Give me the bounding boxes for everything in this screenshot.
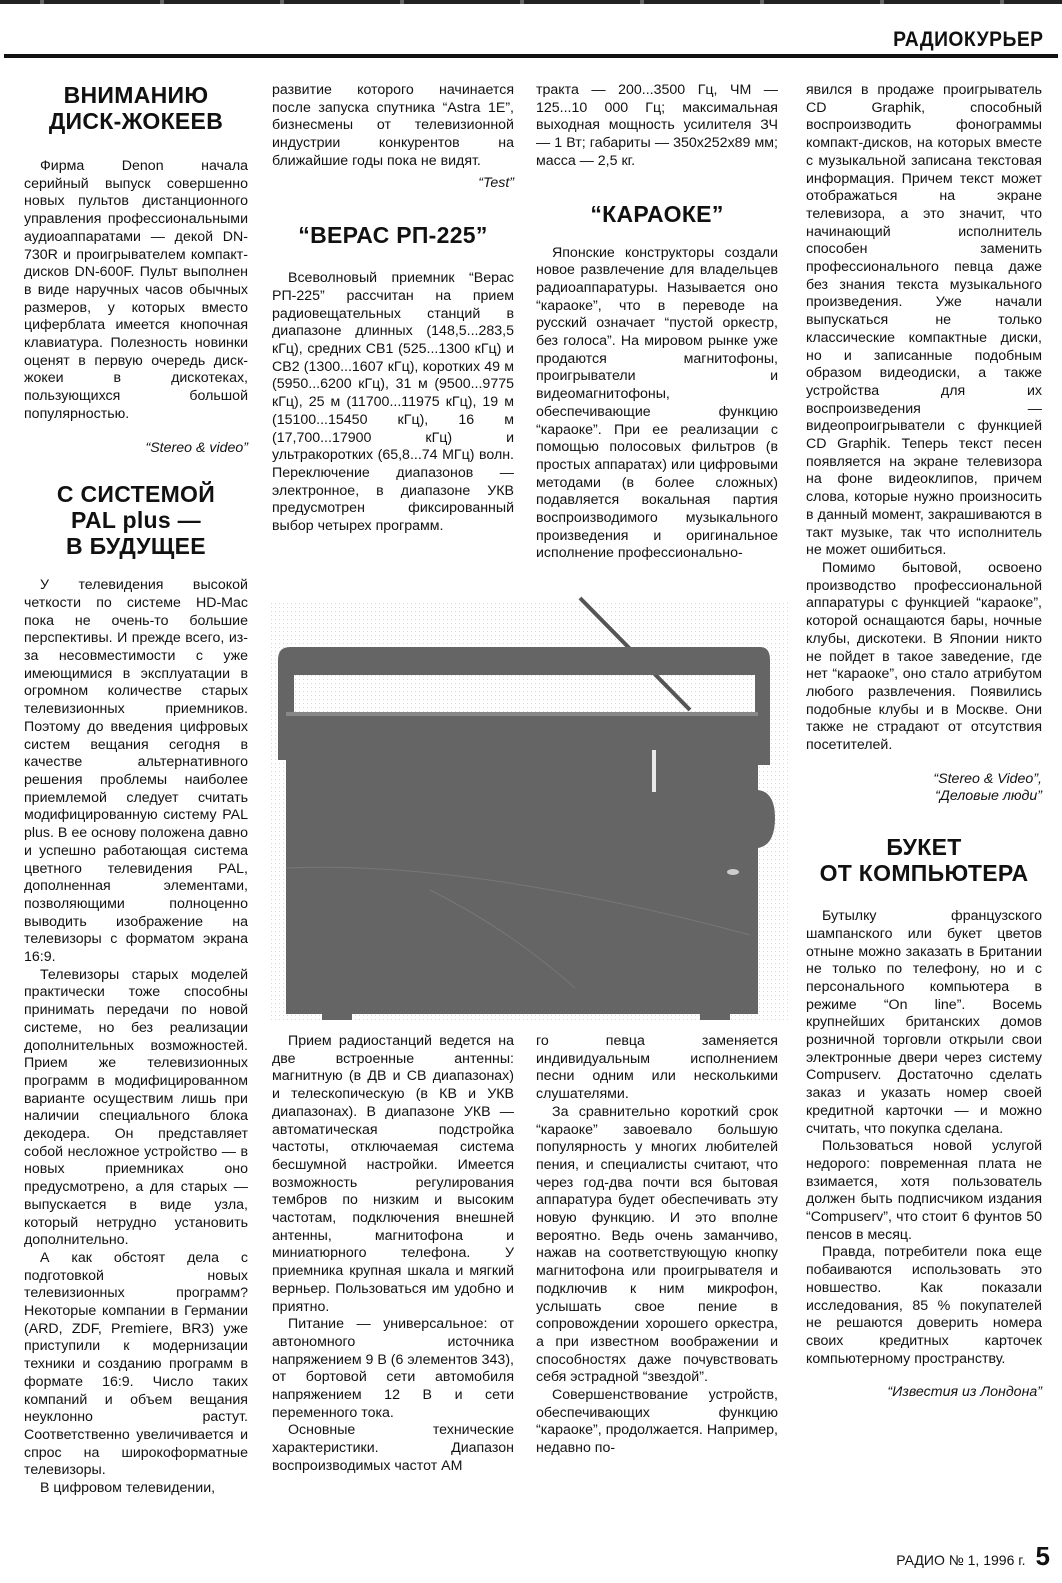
article-karaoke-paragraph: За сравнительно короткий срок “караоке” …	[536, 1104, 778, 1387]
article-bouquet-paragraph: Пользоваться новой услугой недорого: пов…	[806, 1138, 1042, 1244]
page-number: 5	[1036, 1541, 1050, 1572]
column-3-top: тракта — 200...3500 Гц, ЧМ — 125...10 00…	[536, 82, 778, 563]
article-karaoke-paragraph: Японские конструкторы создали новое разв…	[536, 245, 778, 564]
article-veras-title: “ВЕРАС РП-225”	[272, 222, 514, 248]
article-dj-source: “Stereo & video”	[24, 440, 248, 458]
article-pal-source: “Test”	[272, 175, 514, 193]
article-karaoke-title: “КАРАОКЕ”	[536, 201, 778, 227]
article-bouquet-source: “Известия из Лондона”	[806, 1384, 1042, 1402]
article-karaoke-continuation: явился в продаже проигрыватель CD Graphi…	[806, 82, 1042, 560]
article-dj-title: ВНИМАНИЮ ДИСК-ЖОКЕЕВ	[24, 82, 248, 134]
article-pal-paragraph: Телевизоры старых моделей практически то…	[24, 967, 248, 1250]
article-veras-paragraph: Прием радиостанций ведется на две встрое…	[272, 1033, 514, 1316]
article-pal-paragraph: В цифровом телевидении,	[24, 1480, 248, 1498]
page-footer: РАДИО № 1, 1996 г. 5	[896, 1541, 1050, 1572]
source-line: “Stereo & Video”,	[933, 771, 1042, 787]
column-3-bottom: го певца заменяется индивидуальным испол…	[536, 1033, 778, 1458]
title-line: PAL plus —	[71, 507, 201, 533]
article-karaoke-paragraph: Совершенствование устройств, обеспечиваю…	[536, 1387, 778, 1458]
title-line: С СИСТЕМОЙ	[57, 481, 215, 507]
column-4: явился в продаже проигрыватель CD Graphi…	[806, 82, 1042, 1402]
article-karaoke-continuation: го певца заменяется индивидуальным испол…	[536, 1033, 778, 1104]
column-2-top: развитие которого начинается после запус…	[272, 82, 514, 536]
article-pal-title: С СИСТЕМОЙ PAL plus — В БУДУЩЕЕ	[24, 481, 248, 559]
article-dj-paragraph: Фирма Denon начала серийный выпуск совер…	[24, 158, 248, 424]
article-pal-paragraph: У телевидения высокой четкости по систем…	[24, 577, 248, 966]
title-line: ДИСК-ЖОКЕЕВ	[49, 108, 223, 134]
article-veras-paragraph: Питание — универсальное: от автономного …	[272, 1316, 514, 1422]
header-rule	[4, 54, 1058, 58]
title-line: БУКЕТ	[886, 834, 961, 860]
article-karaoke-paragraph: Помимо бытовой, освоено производство про…	[806, 560, 1042, 755]
article-pal-paragraph: А как обстоят дела с подготовкой новых т…	[24, 1250, 248, 1480]
article-bouquet-title: БУКЕТ ОТ КОМПЬЮТЕРА	[806, 834, 1042, 886]
title-line: ОТ КОМПЬЮТЕРА	[820, 860, 1029, 886]
article-pal-continuation: развитие которого начинается после запус…	[272, 82, 514, 171]
top-border-strip	[0, 0, 1062, 4]
column-2-bottom: Прием радиостанций ведется на две встрое…	[272, 1033, 514, 1476]
radio-receiver-photo	[270, 590, 790, 1030]
column-1: ВНИМАНИЮ ДИСК-ЖОКЕЕВ Фирма Denon начала …	[24, 82, 248, 1498]
article-veras-paragraph: Всеволновый приемник “Верас РП-225” расс…	[272, 270, 514, 536]
title-line: В БУДУЩЕЕ	[66, 533, 206, 559]
source-line: “Деловые люди”	[935, 788, 1042, 804]
article-veras-paragraph: Основные технические характеристики. Диа…	[272, 1422, 514, 1475]
title-line: ВНИМАНИЮ	[64, 82, 209, 108]
article-karaoke-source: “Stereo & Video”, “Деловые люди”	[806, 771, 1042, 806]
article-veras-continuation: тракта — 200...3500 Гц, ЧМ — 125...10 00…	[536, 82, 778, 171]
article-bouquet-paragraph: Бутылку французского шампанского или бук…	[806, 908, 1042, 1138]
section-title: РАДИОКУРЬЕР	[894, 28, 1044, 52]
article-bouquet-paragraph: Правда, потребители пока еще побаиваются…	[806, 1244, 1042, 1368]
issue-label: РАДИО № 1, 1996 г.	[896, 1552, 1025, 1568]
